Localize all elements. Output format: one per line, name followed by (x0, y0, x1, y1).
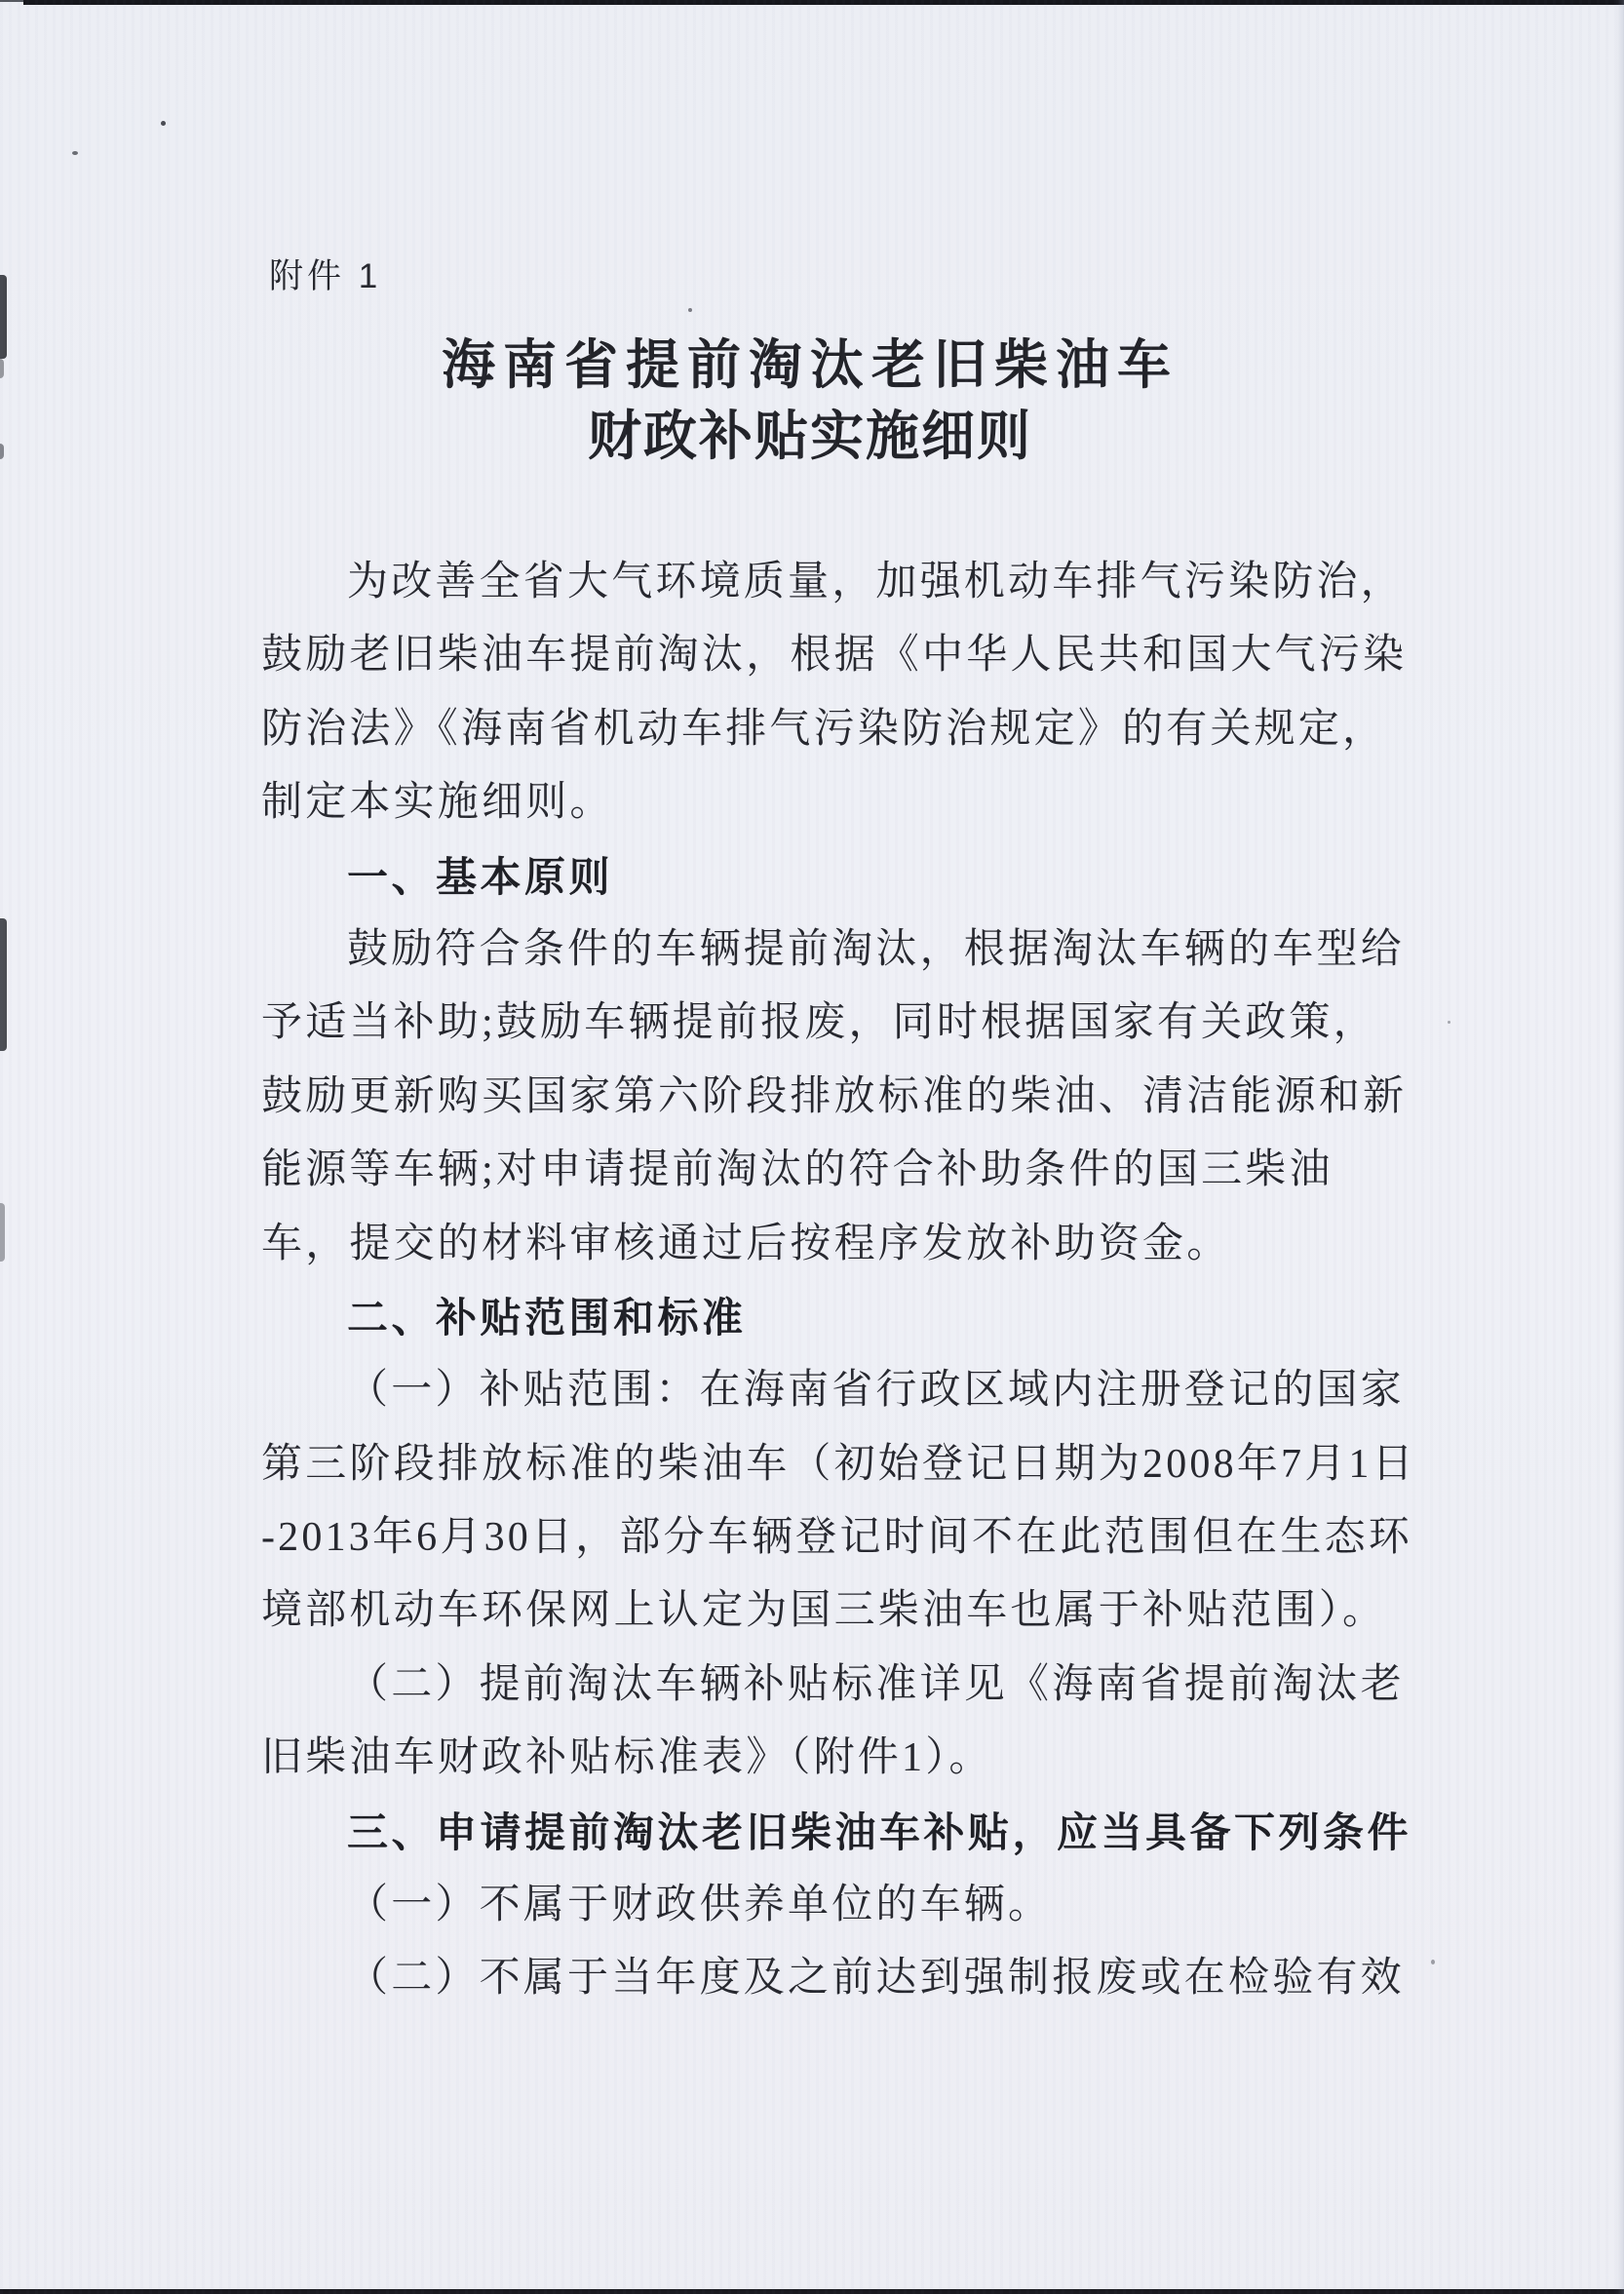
scanned-document-page: 附件 1 海南省提前淘汰老旧柴油车 财政补贴实施细则 为改善全省大气环境质量，加… (0, 0, 1624, 2294)
scan-speck (688, 308, 692, 312)
document-title: 海南省提前淘汰老旧柴油车 财政补贴实施细则 (0, 330, 1620, 472)
document-line: 制定本实施细则。 (261, 766, 1402, 839)
scan-speck (1448, 1021, 1450, 1024)
document-title-line-1: 海南省提前淘汰老旧柴油车 (0, 330, 1620, 401)
document-line: （二）不属于当年度及之前达到强制报废或在检验有效 (261, 1942, 1402, 2015)
document-line: 第三阶段排放标准的柴油车（初始登记日期为2008年7月1日 (261, 1428, 1402, 1501)
document-line: 为改善全省大气环境质量，加强机动车排气污染防治， (261, 546, 1402, 619)
scan-speck (72, 151, 78, 155)
document-title-line-2: 财政补贴实施细则 (0, 401, 1620, 472)
document-line: 防治法》《海南省机动车排气污染防治规定》的有关规定， (261, 693, 1402, 766)
document-line: 车，提交的材料审核通过后按程序发放补助资金。 (261, 1208, 1402, 1281)
scan-smudge (0, 1203, 5, 1262)
section-heading: 二、补贴范围和标准 (261, 1281, 1402, 1354)
document-line: 能源等车辆;对申请提前淘汰的符合补助条件的国三柴油 (261, 1134, 1402, 1207)
document-line: （一）不属于财政供养单位的车辆。 (261, 1869, 1402, 1942)
section-heading: 一、基本原则 (261, 840, 1402, 914)
document-line: -2013年6月30日，部分车辆登记时间不在此范围但在生态环 (261, 1501, 1402, 1575)
document-line: 鼓励老旧柴油车提前淘汰，根据《中华人民共和国大气污染 (261, 619, 1402, 692)
document-line: 予适当补助;鼓励车辆提前报废，同时根据国家有关政策， (261, 987, 1402, 1060)
section-heading: 三、申请提前淘汰老旧柴油车补贴，应当具备下列条件 (261, 1796, 1402, 1869)
scan-edge-bottom-bar (0, 2289, 1624, 2294)
document-line: （二）提前淘汰车辆补贴标准详见《海南省提前淘汰老 (261, 1649, 1402, 1722)
document-line: （一）补贴范围：在海南省行政区域内注册登记的国家 (261, 1354, 1402, 1427)
attachment-label: 附件 1 (269, 250, 381, 298)
document-line: 境部机动车环保网上认定为国三柴油车也属于补贴范围）。 (261, 1575, 1402, 1648)
scan-edge-top-bar (23, 0, 1624, 5)
scan-smudge (0, 918, 7, 1051)
scan-edge-top-thin (0, 0, 23, 2)
scan-speck (161, 121, 166, 126)
document-line: 旧柴油车财政补贴标准表》（附件1）。 (261, 1722, 1402, 1795)
document-line: 鼓励更新购买国家第六阶段排放标准的柴油、清洁能源和新 (261, 1061, 1402, 1134)
scan-speck (1431, 1960, 1435, 1964)
document-body: 为改善全省大气环境质量，加强机动车排气污染防治，鼓励老旧柴油车提前淘汰，根据《中… (261, 546, 1402, 2016)
document-line: 鼓励符合条件的车辆提前淘汰，根据淘汰车辆的车型给 (261, 914, 1402, 987)
